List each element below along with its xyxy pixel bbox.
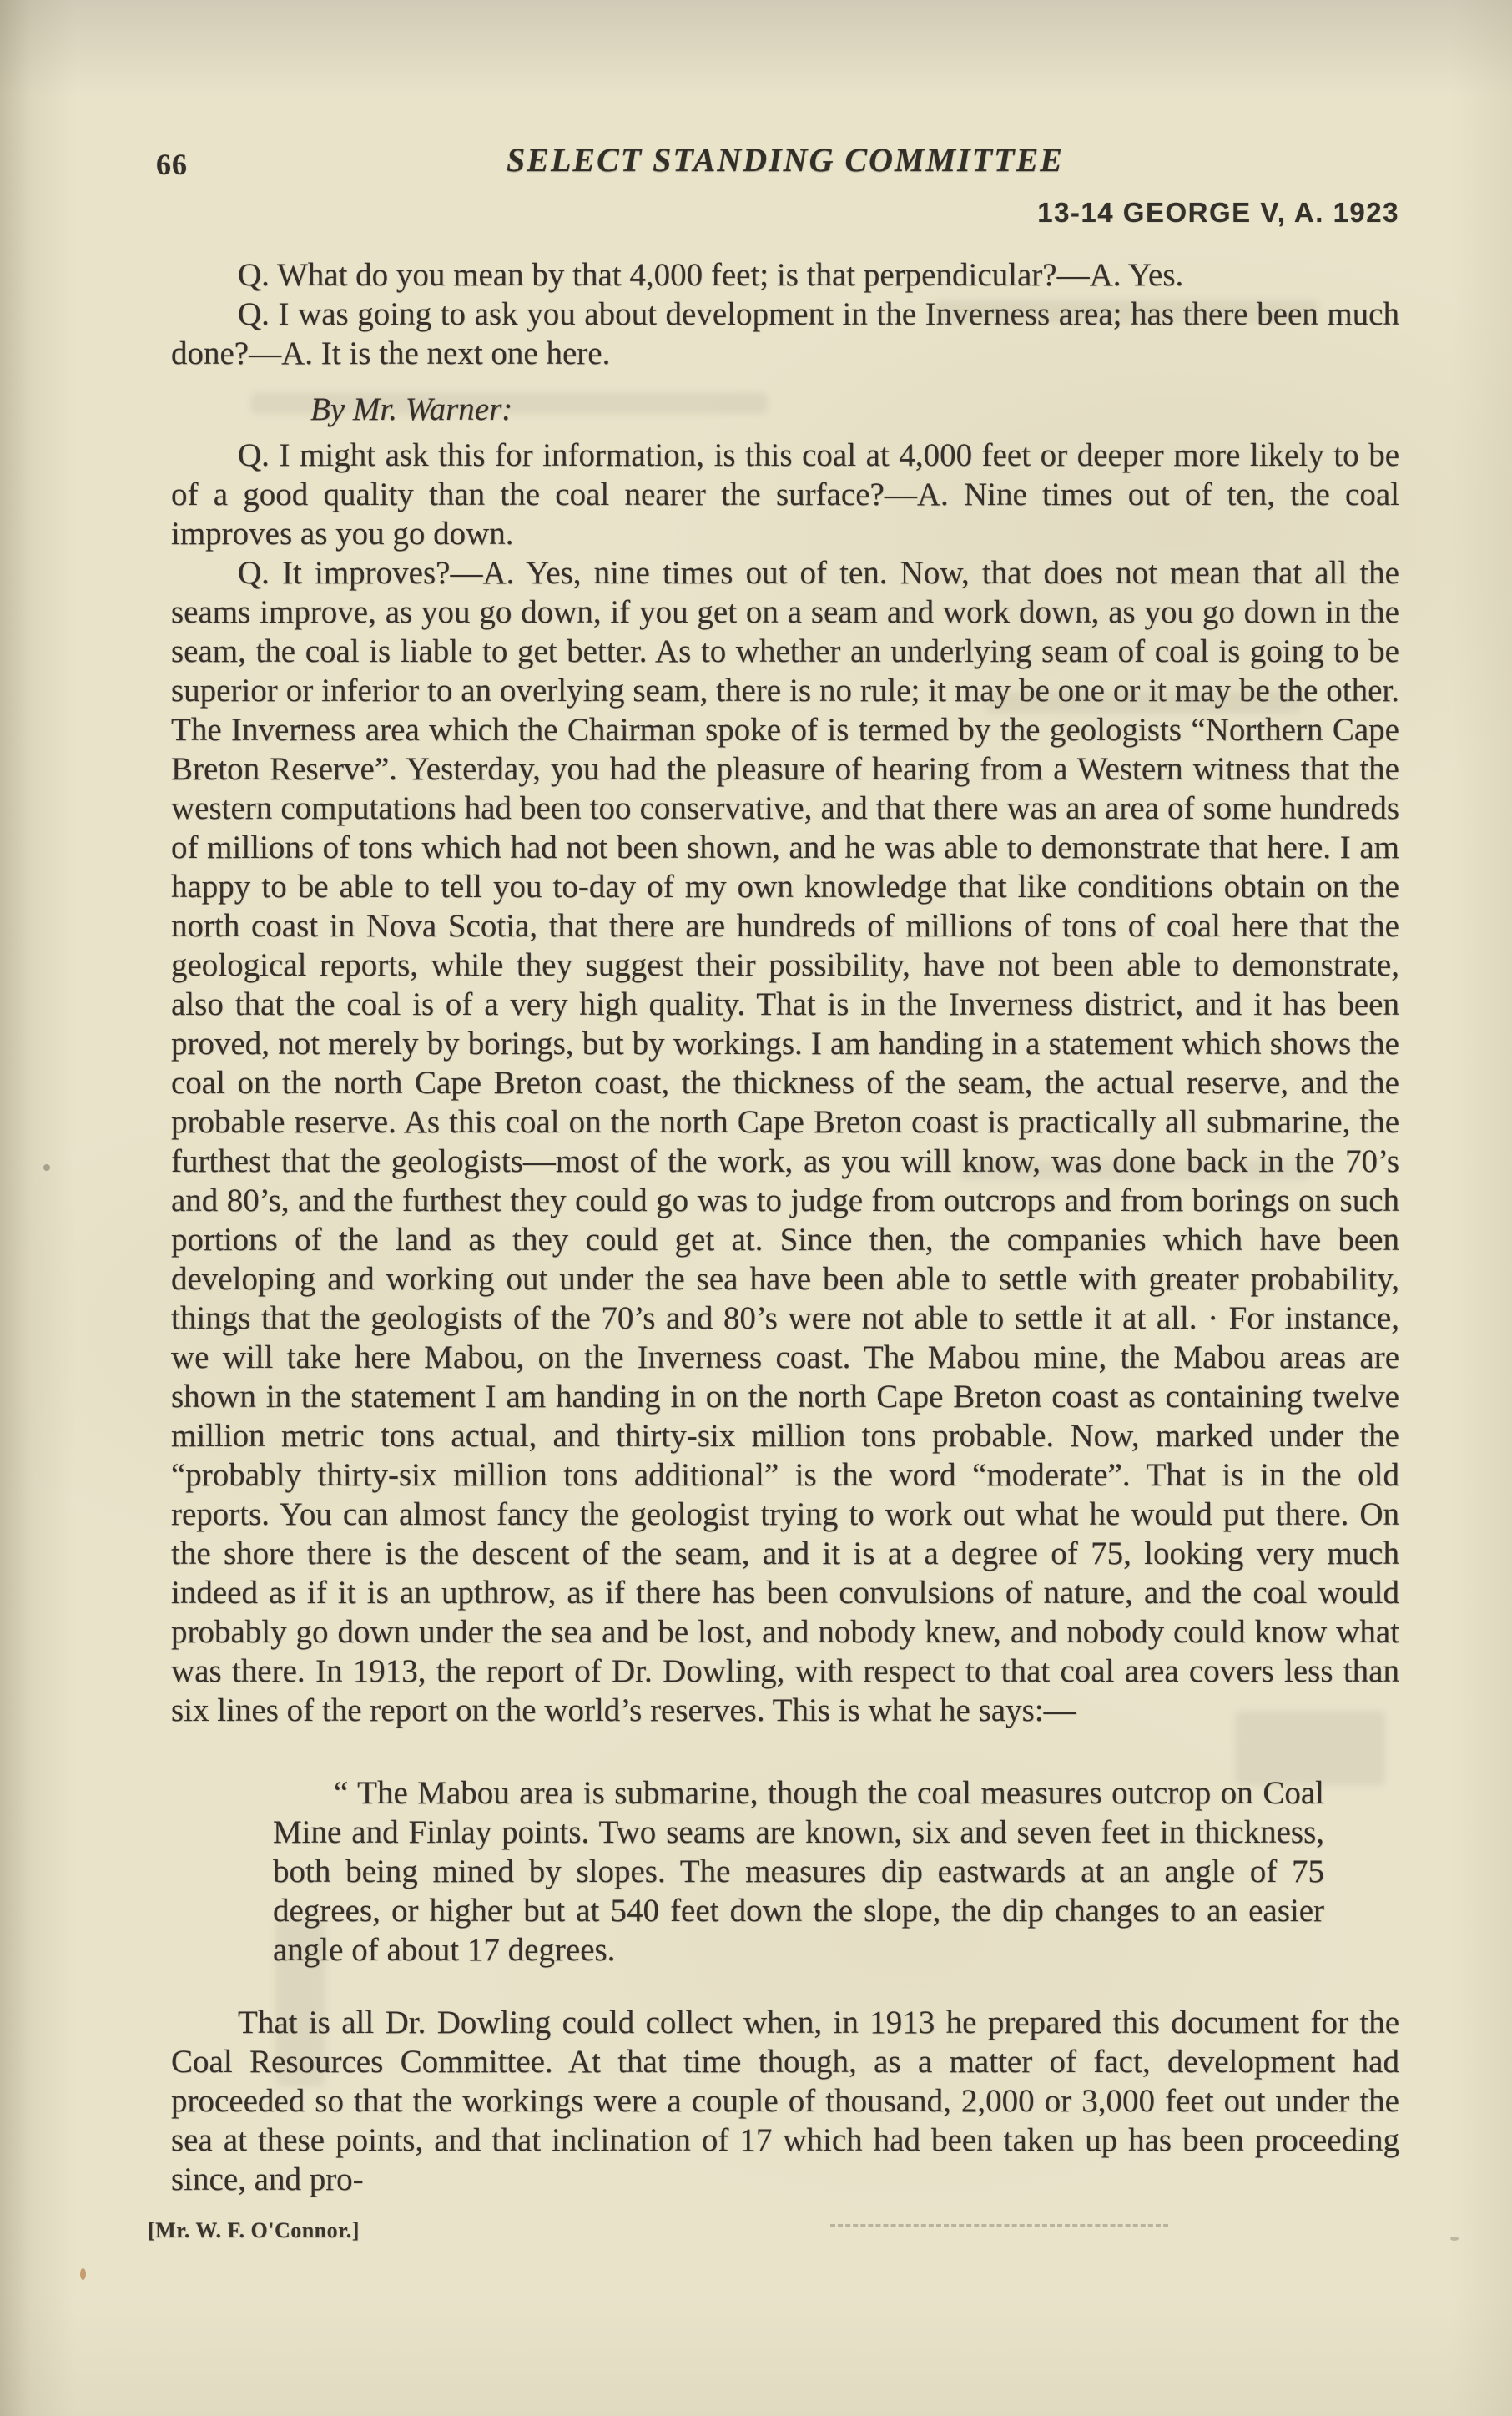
- page-header: 66 SELECT STANDING COMMITTEE: [171, 140, 1399, 187]
- qa-paragraph: Q. It improves?—A. Yes, nine times out o…: [171, 553, 1399, 1730]
- ink-speck: [43, 1164, 50, 1171]
- qa-paragraph: Q. I was going to ask you about developm…: [171, 295, 1399, 373]
- ink-speck: [80, 2268, 86, 2280]
- scanned-document-page: { "page": { "number": "66", "running_tit…: [0, 0, 1512, 2416]
- qa-paragraph: Q. I might ask this for information, is …: [171, 436, 1399, 553]
- speaker-footnote: [Mr. W. F. O'Connor.]: [148, 2211, 1399, 2250]
- examiner-byline: By Mr. Warner:: [171, 390, 1399, 429]
- ink-speck: [1450, 2237, 1459, 2241]
- closing-paragraph: That is all Dr. Dowling could collect wh…: [171, 2003, 1399, 2199]
- page-number: 66: [156, 147, 188, 182]
- qa-paragraph: Q. What do you mean by that 4,000 feet; …: [171, 255, 1399, 295]
- session-line: 13-14 GEORGE V, A. 1923: [171, 197, 1399, 229]
- running-title: SELECT STANDING COMMITTEE: [171, 140, 1399, 179]
- transcript-body: Q. What do you mean by that 4,000 feet; …: [171, 255, 1399, 2250]
- text-column: 66 SELECT STANDING COMMITTEE 13-14 GEORG…: [171, 140, 1399, 2250]
- report-quotation: “ The Mabou area is submarine, though th…: [273, 1773, 1324, 1970]
